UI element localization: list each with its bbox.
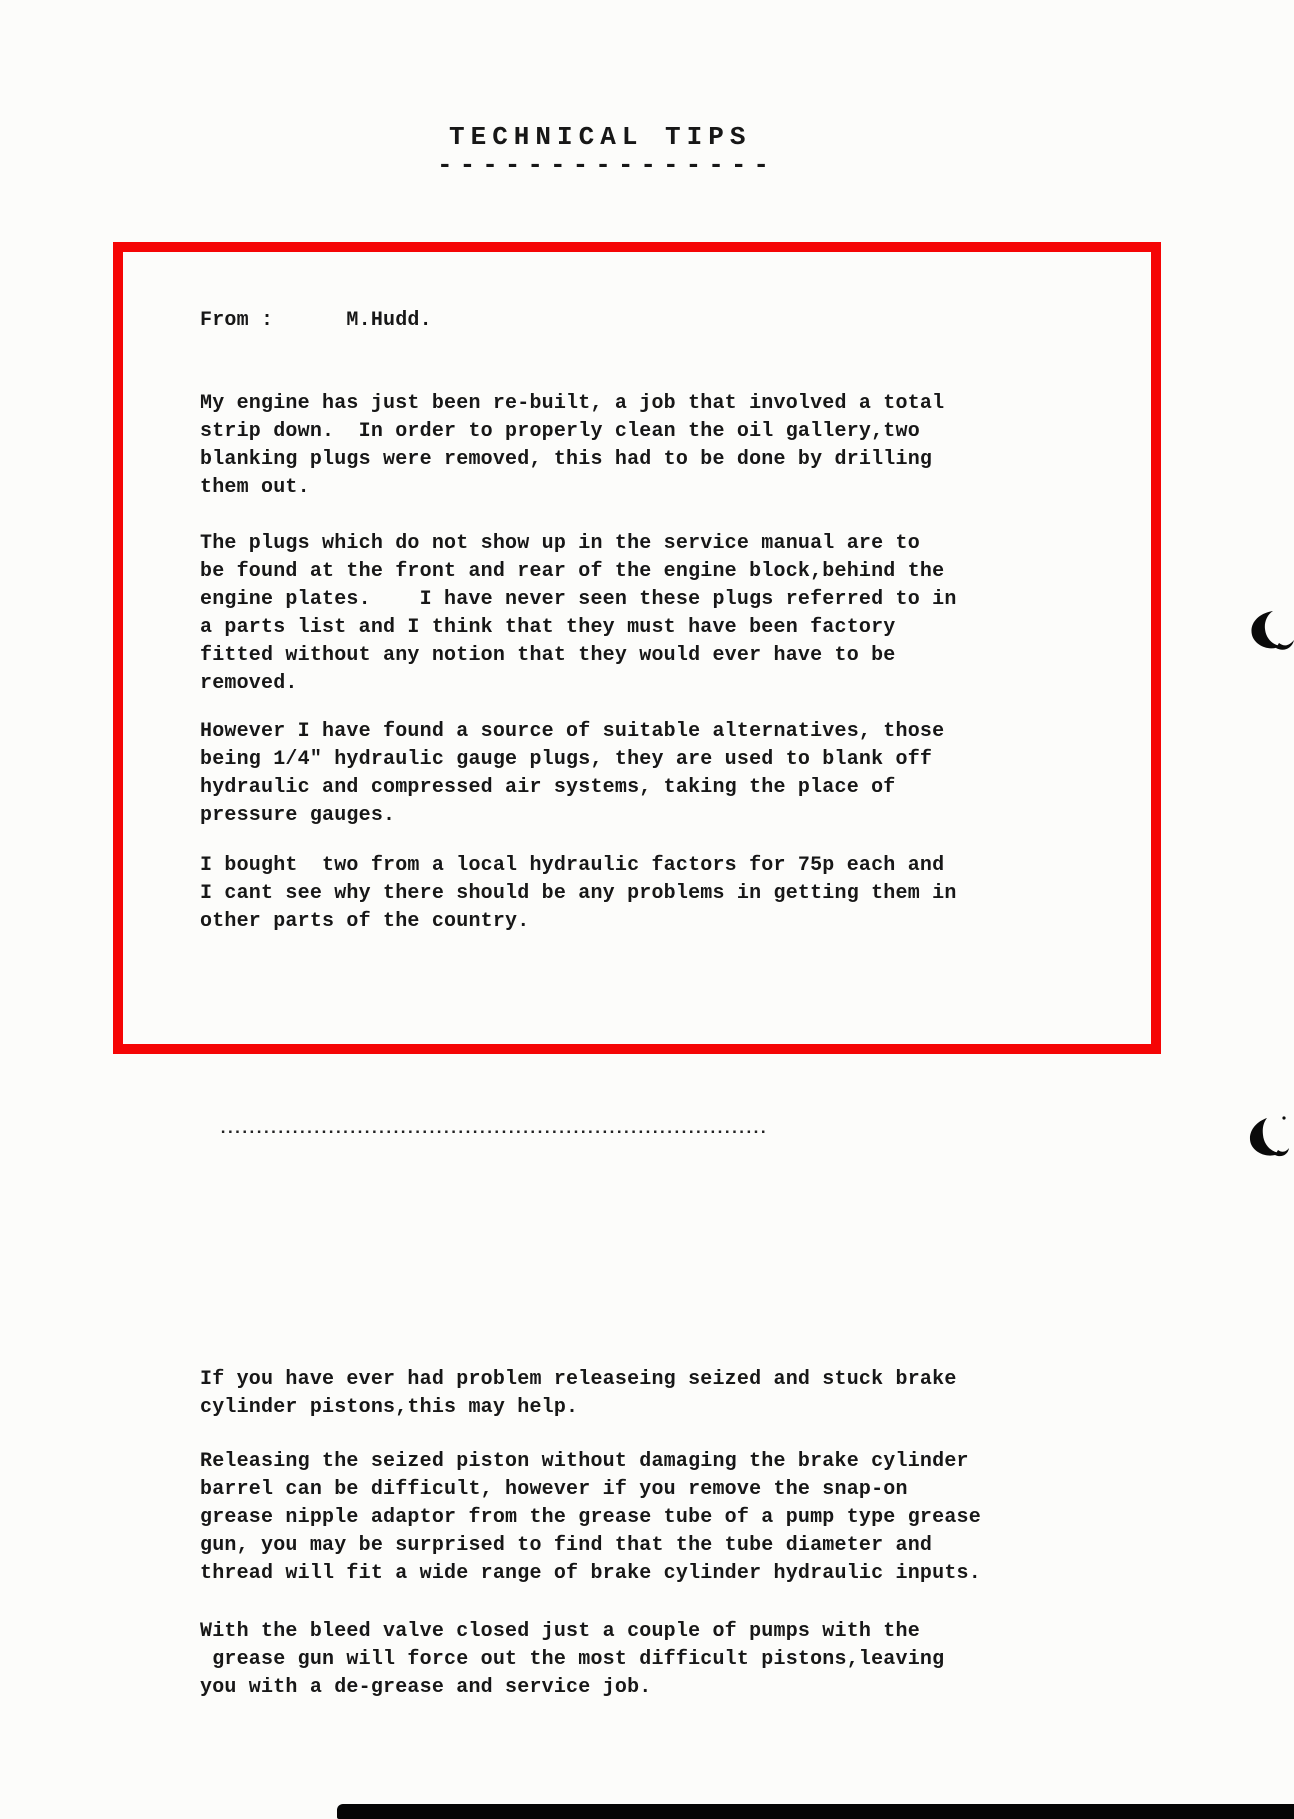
text-line: thread will fit a wide range of brake cy… (200, 1560, 981, 1588)
text-line: them out. (200, 474, 944, 502)
text-line: blanking plugs were removed, this had to… (200, 446, 944, 474)
paragraph-engine-rebuilt: My engine has just been re-built, a job … (200, 390, 944, 502)
paragraph-bought-two: I bought two from a local hydraulic fact… (200, 852, 957, 936)
text-line: being 1/4" hydraulic gauge plugs, they a… (200, 746, 944, 774)
text-line: The plugs which do not show up in the se… (200, 530, 957, 558)
text-line: I bought two from a local hydraulic fact… (200, 852, 957, 880)
text-line: grease nipple adaptor from the grease tu… (200, 1504, 981, 1532)
from-line: From : M.Hudd. (200, 307, 432, 335)
ink-blot-mark-1 (1243, 608, 1294, 654)
text-line: cylinder pistons,this may help. (200, 1394, 957, 1422)
text-line: grease gun will force out the most diffi… (200, 1646, 944, 1674)
text-line: other parts of the country. (200, 908, 957, 936)
ink-blot-mark-2 (1240, 1112, 1292, 1162)
text-line: be found at the front and rear of the en… (200, 558, 957, 586)
text-line: removed. (200, 670, 957, 698)
text-line: Releasing the seized piston without dama… (200, 1448, 981, 1476)
scanned-document-page: TECHNICAL TIPS --------------- From : M.… (0, 0, 1294, 1819)
page-title: TECHNICAL TIPS (449, 122, 751, 152)
paragraph-plugs-location: The plugs which do not show up in the se… (200, 530, 957, 698)
text-line: barrel can be difficult, however if you … (200, 1476, 981, 1504)
separator-dots: ........................................… (218, 1120, 765, 1139)
scan-edge-bar (337, 1804, 1294, 1819)
text-line: you with a de-grease and service job. (200, 1674, 944, 1702)
title-underline: --------------- (437, 150, 776, 180)
text-line: However I have found a source of suitabl… (200, 718, 944, 746)
paragraph-alternatives: However I have found a source of suitabl… (200, 718, 944, 830)
text-line: gun, you may be surprised to find that t… (200, 1532, 981, 1560)
text-line: With the bleed valve closed just a coupl… (200, 1618, 944, 1646)
text-line: engine plates. I have never seen these p… (200, 586, 957, 614)
paragraph-brake-intro: If you have ever had problem releaseing … (200, 1366, 957, 1422)
text-line: fitted without any notion that they woul… (200, 642, 957, 670)
paragraph-releasing-piston: Releasing the seized piston without dama… (200, 1448, 981, 1588)
text-line: My engine has just been re-built, a job … (200, 390, 944, 418)
text-line: hydraulic and compressed air systems, ta… (200, 774, 944, 802)
paragraph-bleed-valve: With the bleed valve closed just a coupl… (200, 1618, 944, 1702)
text-line: pressure gauges. (200, 802, 944, 830)
text-line: If you have ever had problem releaseing … (200, 1366, 957, 1394)
text-line: strip down. In order to properly clean t… (200, 418, 944, 446)
text-line: I cant see why there should be any probl… (200, 880, 957, 908)
text-line: a parts list and I think that they must … (200, 614, 957, 642)
